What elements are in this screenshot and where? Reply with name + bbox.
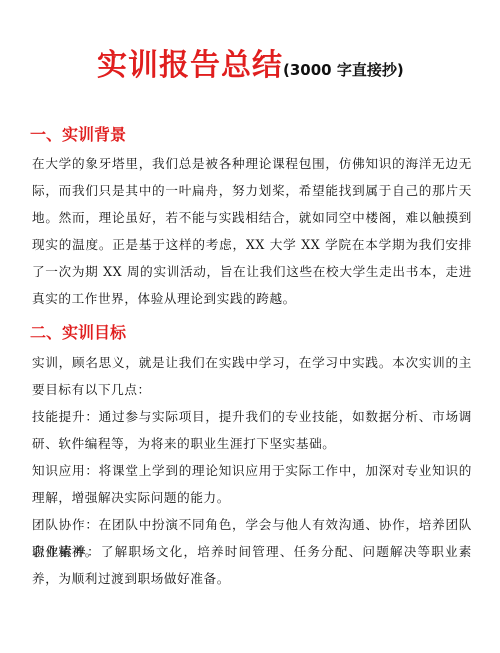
goals-intro-paragraph: 实训，顾名思义，就是让我们在实践中学习，在学习中实践。本次实训的主要目标有以下几… [32,349,472,403]
section-heading-background: 一、实训背景 [30,122,126,145]
goal-professionalism: 职业素养：了解职场文化，培养时间管理、任务分配、问题解决等职业素养，为顺利过渡到… [32,538,472,592]
section-heading-goals: 二、实训目标 [30,320,126,343]
title-note: (3000 字直接抄) [283,61,404,79]
background-paragraph: 在大学的象牙塔里，我们总是被各种理论课程包围，仿佛知识的海洋无边无际，而我们只是… [32,150,472,312]
goal-skill-improvement: 技能提升：通过参与实际项目，提升我们的专业技能，如数据分析、市场调研、软件编程等… [32,403,472,457]
document-page: 实训报告总结(3000 字直接抄) 一、实训背景 在大学的象牙塔里，我们总是被各… [0,0,500,653]
document-title: 实训报告总结(3000 字直接抄) [97,40,404,84]
goal-knowledge-application: 知识应用：将课堂上学到的理论知识应用于实际工作中，加深对专业知识的理解，增强解决… [32,457,472,511]
title-main: 实训报告总结 [97,48,283,83]
